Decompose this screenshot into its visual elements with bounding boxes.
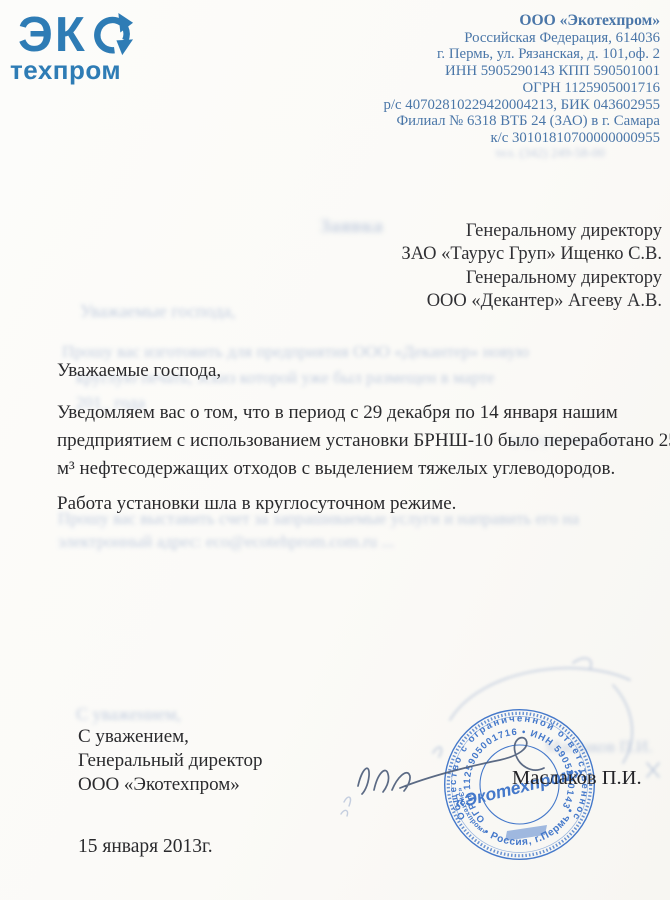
scanned-letter-page: ЭК техпром ООО «Экотехпром» Российская Ф… bbox=[0, 0, 670, 900]
signoff-line: Генеральный директор bbox=[78, 749, 262, 773]
letterhead-line: ОГРН 1125905001716 bbox=[384, 80, 660, 97]
ghost-bleedthrough-text: тел. (342) 249-58-00 bbox=[495, 145, 605, 161]
recipient-line: Генеральному директору bbox=[401, 267, 662, 290]
letterhead-line: ИНН 5905290143 КПП 590501001 bbox=[384, 63, 660, 80]
recipient-line: Генеральному директору bbox=[401, 220, 662, 243]
letterhead-block: ООО «Экотехпром» Российская Федерация, 6… bbox=[384, 13, 660, 147]
logo-text-tehprom: техпром bbox=[10, 55, 135, 86]
logo-text-eko: ЭК bbox=[18, 12, 87, 58]
company-name: ООО «Экотехпром» bbox=[384, 13, 660, 30]
logo-top-row: ЭК bbox=[10, 12, 135, 58]
body-paragraph-line: м³ нефтесодержащих отходов с выделением … bbox=[57, 458, 615, 480]
ghost-bleedthrough-text: электронный адрес: eco@ecotehprom.com.ru… bbox=[58, 532, 394, 552]
letterhead-line: г. Пермь, ул. Рязанская, д. 101,оф. 2 bbox=[384, 46, 660, 63]
ghost-bleedthrough-text: Прошу вас изготовить для предприятия ООО… bbox=[62, 342, 529, 362]
company-logo: ЭК техпром bbox=[10, 12, 135, 86]
signoff-block: С уважением, Генеральный директор ООО «Э… bbox=[78, 725, 262, 798]
signoff-line: ООО «Экотехпром» bbox=[78, 773, 262, 797]
recycle-arrows-icon bbox=[88, 11, 135, 58]
signature-handwriting bbox=[338, 726, 563, 818]
letterhead-line: Российская Федерация, 614036 bbox=[384, 30, 660, 47]
ghost-bleedthrough-text: Заявка bbox=[320, 216, 383, 238]
ghost-bleedthrough-text: Уважаемые господа, bbox=[80, 301, 236, 322]
ghost-bleedthrough-text: С уважением, bbox=[76, 704, 181, 725]
body-closing-line: Работа установки шла в круглосуточном ре… bbox=[57, 493, 456, 515]
letterhead-line: р/с 40702810229420004213, БИК 043602955 bbox=[384, 97, 660, 114]
salutation: Уважаемые господа, bbox=[57, 360, 221, 382]
body-paragraph-line: Уведомляем вас о том, что в период с 29 … bbox=[57, 402, 618, 424]
letter-date: 15 января 2013г. bbox=[78, 836, 213, 858]
body-paragraph-line: предприятием с использованием установки … bbox=[57, 430, 670, 452]
recipient-line: ООО «Декантер» Агееву А.В. bbox=[401, 290, 662, 313]
signoff-line: С уважением, bbox=[78, 725, 262, 749]
letterhead-line: Филиал № 6318 ВТБ 24 (ЗАО) в г. Самара bbox=[384, 113, 660, 130]
recipient-line: ЗАО «Таурус Груп» Ищенко С.В. bbox=[401, 243, 662, 266]
recipient-block: Генеральному директору ЗАО «Таурус Груп»… bbox=[401, 220, 662, 314]
